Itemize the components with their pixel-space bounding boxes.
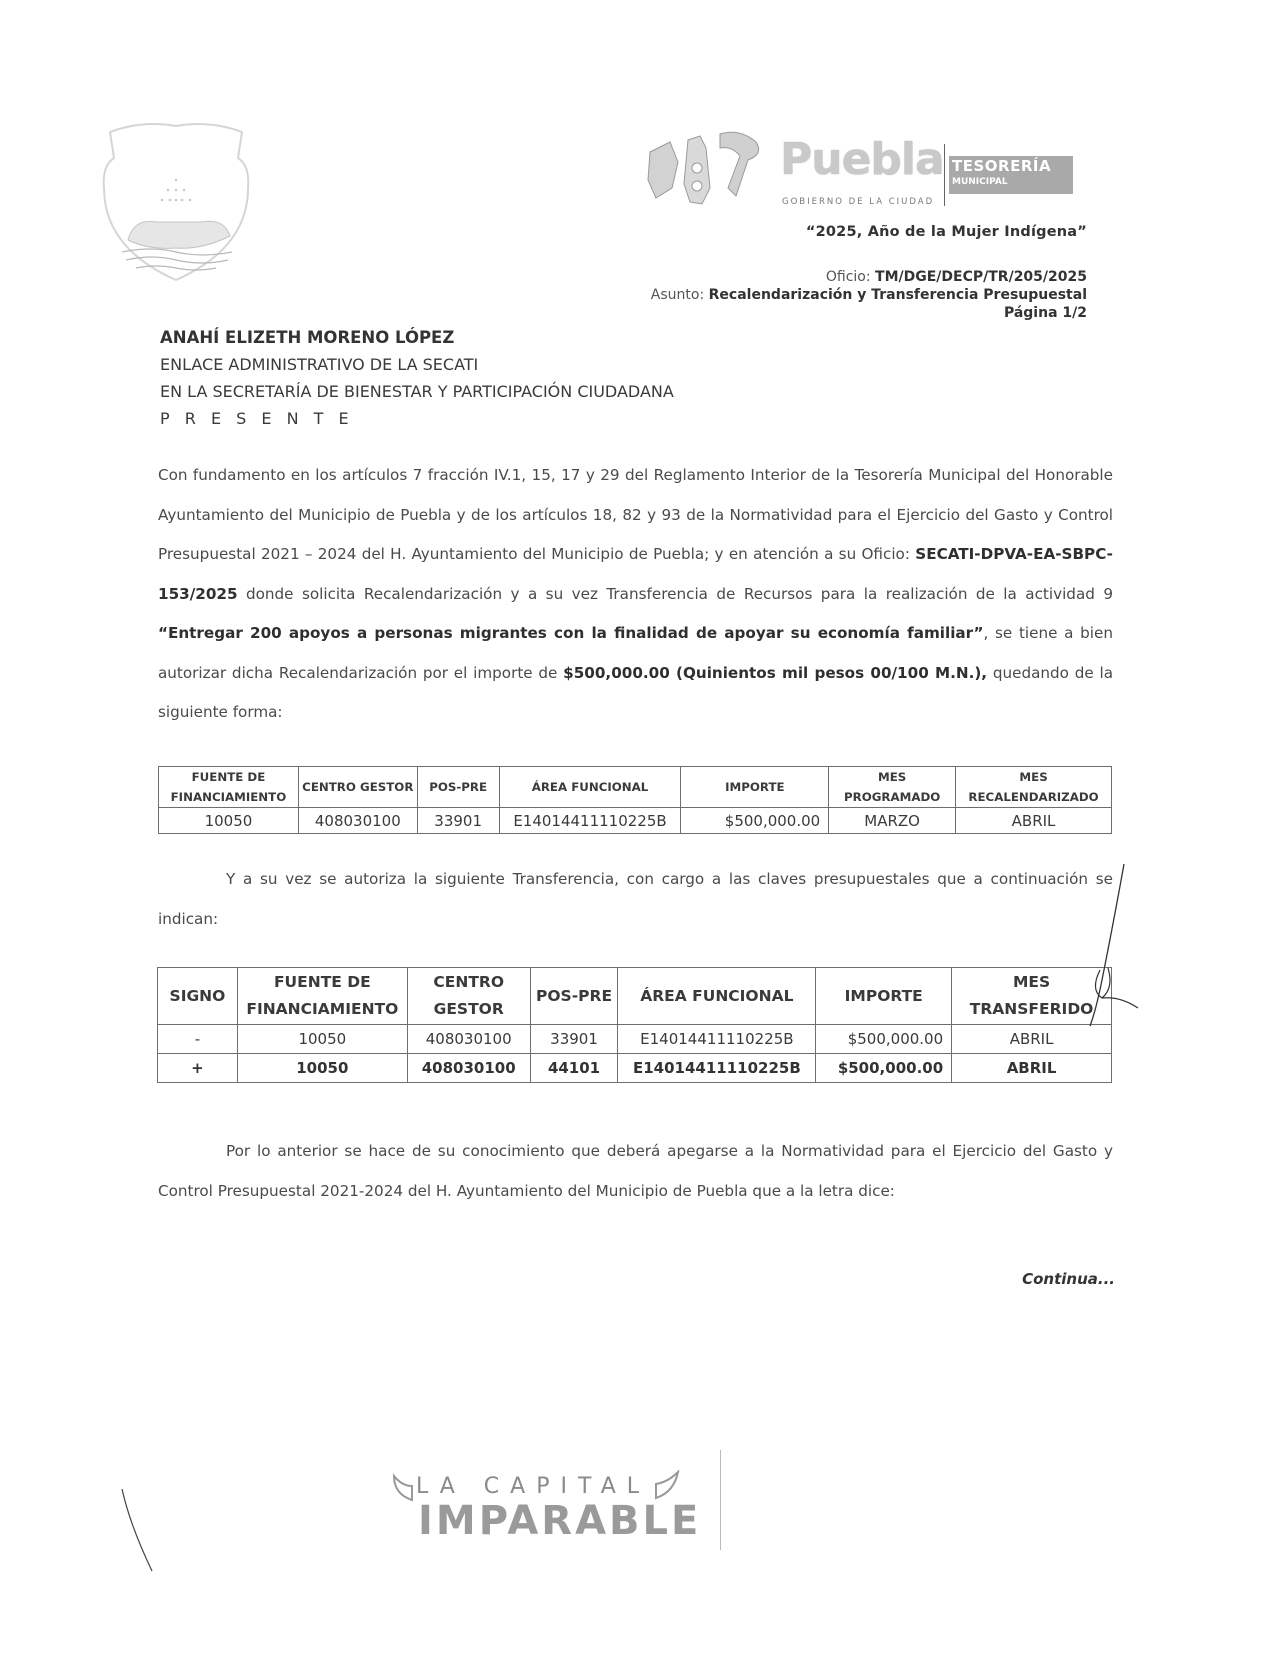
body-paragraph-2: Y a su vez se autoriza la siguiente Tran… — [158, 860, 1113, 939]
table-cell: E14014411110225B — [618, 1025, 816, 1054]
table-cell: 33901 — [530, 1025, 618, 1054]
continues-note: Continua... — [1022, 1270, 1115, 1288]
municipal-crest-icon — [92, 118, 260, 286]
year-motto: “2025, Año de la Mujer Indígena” — [806, 224, 1087, 240]
column-header: ÁREA FUNCIONAL — [618, 968, 816, 1025]
table-cell: MARZO — [829, 808, 956, 834]
table-cell: E14014411110225B — [618, 1054, 816, 1083]
oficio-number: TM/DGE/DECP/TR/205/2025 — [875, 269, 1087, 285]
oficio-label: Oficio: — [826, 269, 871, 285]
table-row: +1005040803010044101E14014411110225B$500… — [158, 1054, 1112, 1083]
table-cell: 408030100 — [407, 1025, 530, 1054]
municipal-label: MUNICIPAL — [952, 177, 1073, 187]
table-cell: E14014411110225B — [499, 808, 681, 834]
pen-mark-icon — [118, 1485, 158, 1575]
recipient-name: ANAHÍ ELIZETH MORENO LÓPEZ — [160, 324, 674, 351]
column-header: CENTRO GESTOR — [298, 767, 417, 808]
column-header: SIGNO — [158, 968, 238, 1025]
body-paragraph-1: Con fundamento en los artículos 7 fracci… — [158, 456, 1113, 733]
puebla-emblem-icon — [644, 128, 780, 208]
table-cell: - — [158, 1025, 238, 1054]
column-header: FUENTE DE FINANCIAMIENTO — [159, 767, 299, 808]
salutation: P R E S E N T E — [160, 405, 674, 432]
document-meta: Oficio: TM/DGE/DECP/TR/205/2025 Asunto: … — [651, 268, 1087, 322]
table-header-row: SIGNOFUENTE DE FINANCIAMIENTOCENTRO GEST… — [158, 968, 1112, 1025]
footer-divider — [720, 1450, 721, 1550]
page-number: Página 1/2 — [1004, 305, 1087, 321]
slogan-line-1: LA CAPITAL — [416, 1474, 650, 1499]
recalendarization-table: FUENTE DE FINANCIAMIENTOCENTRO GESTORPOS… — [158, 766, 1112, 834]
recipient-department: EN LA SECRETARÍA DE BIENESTAR Y PARTICIP… — [160, 378, 674, 405]
table-row: -1005040803010033901E14014411110225B$500… — [158, 1025, 1112, 1054]
table-cell: $500,000.00 — [681, 808, 829, 834]
slogan-line-2: IMPARABLE — [418, 1498, 701, 1544]
asunto-label: Asunto: — [651, 287, 704, 303]
column-header: POS-PRE — [530, 968, 618, 1025]
table-cell: ABRIL — [956, 808, 1112, 834]
column-header: FUENTE DE FINANCIAMIENTO — [237, 968, 407, 1025]
table-cell: 10050 — [237, 1025, 407, 1054]
table-cell: 10050 — [159, 808, 299, 834]
recipient-block: ANAHÍ ELIZETH MORENO LÓPEZ ENLACE ADMINI… — [160, 324, 674, 432]
table-row: 1005040803010033901E14014411110225B$500,… — [159, 808, 1112, 834]
table-cell: 33901 — [417, 808, 499, 834]
right-wing-icon — [654, 1470, 680, 1500]
signature-initials-icon — [1080, 860, 1150, 1030]
gobierno-subtitle: GOBIERNO DE LA CIUDAD — [782, 197, 934, 207]
left-wing-icon — [392, 1472, 414, 1502]
table-cell: 10050 — [237, 1054, 407, 1083]
oficio-line: Oficio: TM/DGE/DECP/TR/205/2025 — [651, 268, 1087, 286]
logo-divider — [944, 144, 945, 206]
asunto-value: Recalendarización y Transferencia Presup… — [709, 287, 1087, 303]
tesoreria-label: TESORERÍA — [952, 157, 1073, 175]
activity-description: “Entregar 200 apoyos a personas migrante… — [158, 624, 983, 642]
column-header: ÁREA FUNCIONAL — [499, 767, 681, 808]
table-cell: 408030100 — [298, 808, 417, 834]
tesoreria-badge: TESORERÍA MUNICIPAL — [949, 156, 1073, 194]
column-header: IMPORTE — [816, 968, 952, 1025]
body-paragraph-3: Por lo anterior se hace de su conocimien… — [158, 1132, 1113, 1211]
table-header-row: FUENTE DE FINANCIAMIENTOCENTRO GESTORPOS… — [159, 767, 1112, 808]
puebla-brand-text: Puebla — [780, 134, 944, 185]
recipient-position: ENLACE ADMINISTRATIVO DE LA SECATI — [160, 351, 674, 378]
authorized-amount: $500,000.00 (Quinientos mil pesos 00/100… — [563, 664, 987, 682]
la-capital-imparable-logo: LA CAPITAL IMPARABLE — [392, 1470, 682, 1550]
table-cell: ABRIL — [952, 1054, 1112, 1083]
table-cell: + — [158, 1054, 238, 1083]
table-cell: 44101 — [530, 1054, 618, 1083]
column-header: MES RECALENDARIZADO — [956, 767, 1112, 808]
table-cell: $500,000.00 — [816, 1025, 952, 1054]
column-header: IMPORTE — [681, 767, 829, 808]
table-cell: 408030100 — [407, 1054, 530, 1083]
column-header: POS-PRE — [417, 767, 499, 808]
asunto-line: Asunto: Recalendarización y Transferenci… — [651, 286, 1087, 304]
p1-text-b: donde solicita Recalendarización y a su … — [238, 585, 1113, 603]
puebla-tesoreria-logo: Puebla GOBIERNO DE LA CIUDAD TESORERÍA M… — [644, 128, 1080, 208]
transfer-table: SIGNOFUENTE DE FINANCIAMIENTOCENTRO GEST… — [157, 967, 1112, 1083]
table-cell: $500,000.00 — [816, 1054, 952, 1083]
column-header: MES PROGRAMADO — [829, 767, 956, 808]
column-header: CENTRO GESTOR — [407, 968, 530, 1025]
